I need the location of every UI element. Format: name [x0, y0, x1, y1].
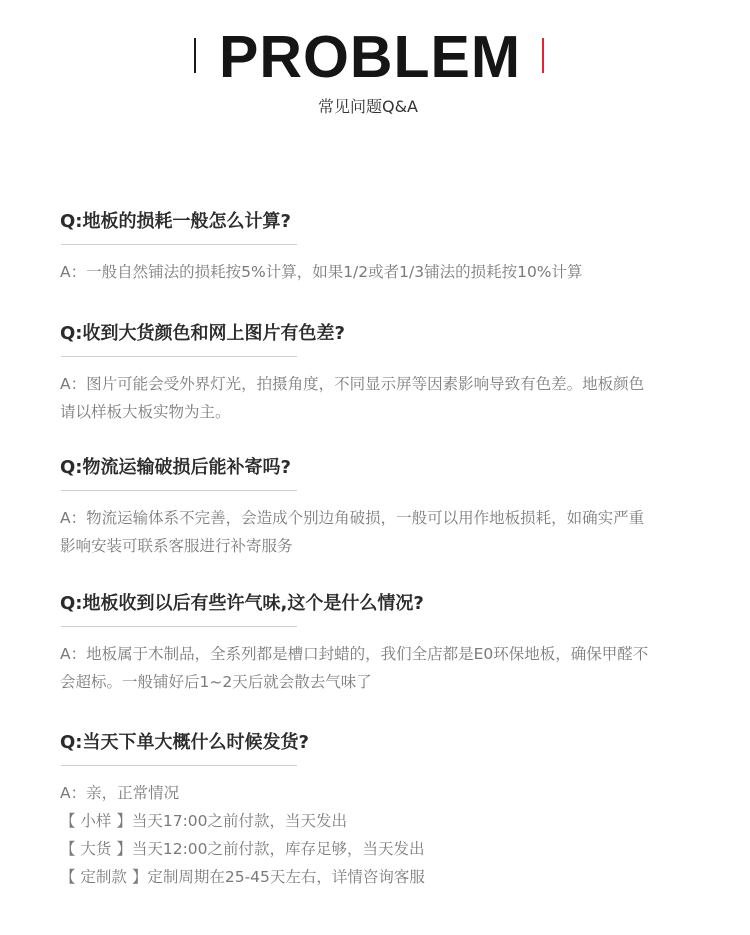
faq-answer-line: A：地板属于木制品，全系列都是槽口封蜡的，我们全店都是E0环保地板，确保甲醛不: [60, 640, 700, 668]
faq-answer-line: A：亲，正常情况: [60, 779, 700, 807]
faq-question: Q:当天下单大概什么时候发货?: [60, 731, 700, 755]
faq-item-2: Q:收到大货颜色和网上图片有色差? A：图片可能会受外界灯光，拍摄角度，不同显示…: [60, 322, 700, 426]
faq-answer-line: 【 定制款 】定制周期在25-45天左右，详情咨询客服: [60, 863, 700, 891]
faq-divider: [61, 244, 297, 245]
page-header: PROBLEM 常见问题Q&A: [0, 0, 750, 130]
faq-answer: A：亲，正常情况 【 小样 】当天17:00之前付款，当天发出 【 大货 】当天…: [60, 779, 700, 891]
page-subtitle: 常见问题Q&A: [0, 96, 736, 118]
faq-divider: [61, 490, 297, 491]
faq-answer-line: 影响安装可联系客服进行补寄服务: [60, 532, 700, 560]
faq-item-5: Q:当天下单大概什么时候发货? A：亲，正常情况 【 小样 】当天17:00之前…: [60, 731, 700, 891]
faq-item-4: Q:地板收到以后有些许气味,这个是什么情况? A：地板属于木制品，全系列都是槽口…: [60, 592, 700, 696]
faq-question: Q:地板的损耗一般怎么计算?: [60, 210, 700, 234]
faq-answer-line: 【 小样 】当天17:00之前付款，当天发出: [60, 807, 700, 835]
faq-answer: A：图片可能会受外界灯光，拍摄角度，不同显示屏等因素影响导致有色差。地板颜色 请…: [60, 370, 700, 426]
faq-answer-line: 【 大货 】当天12:00之前付款，库存足够，当天发出: [60, 835, 700, 863]
faq-answer-line: A：图片可能会受外界灯光，拍摄角度，不同显示屏等因素影响导致有色差。地板颜色: [60, 370, 700, 398]
faq-answer: A：地板属于木制品，全系列都是槽口封蜡的，我们全店都是E0环保地板，确保甲醛不 …: [60, 640, 700, 696]
faq-answer-line: 会超标。一般铺好后1~2天后就会散去气味了: [60, 668, 700, 696]
faq-divider: [61, 356, 297, 357]
faq-question: Q:收到大货颜色和网上图片有色差?: [60, 322, 700, 346]
faq-answer: A：一般自然铺法的损耗按5%计算，如果1/2或者1/3铺法的损耗按10%计算: [60, 258, 700, 286]
faq-answer-line: A：物流运输体系不完善，会造成个别边角破损，一般可以用作地板损耗，如确实严重: [60, 504, 700, 532]
faq-question: Q:地板收到以后有些许气味,这个是什么情况?: [60, 592, 700, 616]
faq-question: Q:物流运输破损后能补寄吗?: [60, 456, 700, 480]
page-title: PROBLEM: [0, 24, 740, 90]
faq-answer-line: 请以样板大板实物为主。: [60, 398, 700, 426]
faq-answer: A：物流运输体系不完善，会造成个别边角破损，一般可以用作地板损耗，如确实严重 影…: [60, 504, 700, 560]
title-accent-bar-right: [542, 38, 544, 73]
faq-divider: [61, 626, 297, 627]
faq-answer-line: A：一般自然铺法的损耗按5%计算，如果1/2或者1/3铺法的损耗按10%计算: [60, 258, 700, 286]
faq-divider: [61, 765, 297, 766]
faq-item-1: Q:地板的损耗一般怎么计算? A：一般自然铺法的损耗按5%计算，如果1/2或者1…: [60, 210, 700, 286]
faq-item-3: Q:物流运输破损后能补寄吗? A：物流运输体系不完善，会造成个别边角破损，一般可…: [60, 456, 700, 560]
